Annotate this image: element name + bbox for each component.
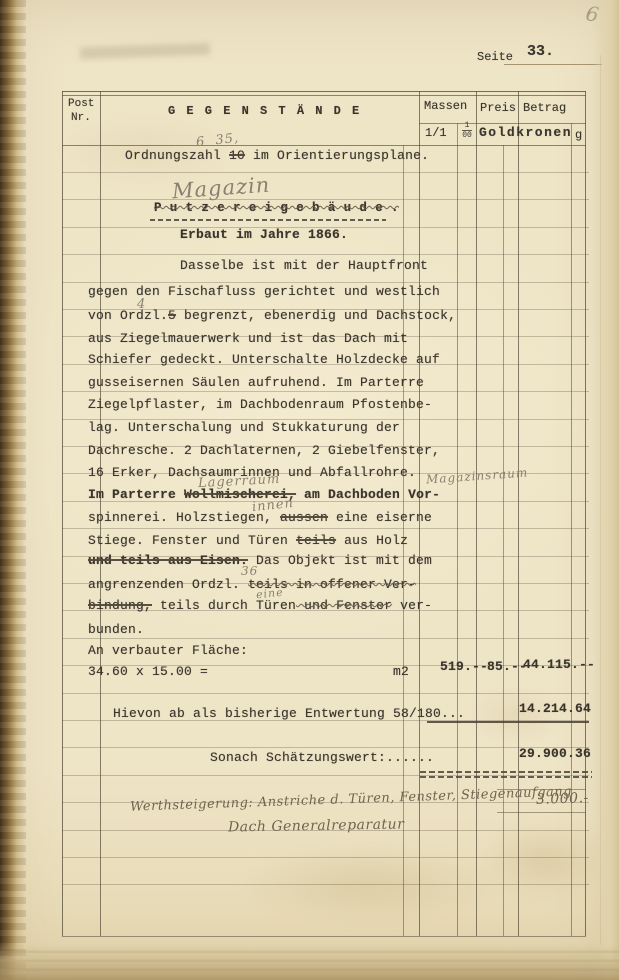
typed-segment: gusseisernen Säulen aufruhend. Im Parter… (88, 375, 424, 390)
typed-segment: spinnerei. Holzstiegen, (88, 510, 280, 525)
page-right-edge (593, 0, 619, 980)
typed-segment: ver- (392, 598, 432, 613)
typed-line: 34.60 x 15.00 = (88, 664, 208, 679)
scanned-ledger-page: 6 Seite 33. Post Nr. G E G E N S T Ä N D… (0, 0, 619, 980)
handwritten-annotation: 36 (241, 564, 258, 578)
header-massen: Massen (424, 99, 467, 113)
table-horizontal-line (62, 145, 586, 146)
typed-line: aus Ziegelmauerwerk und ist das Dach mit (88, 331, 408, 346)
table-horizontal-line (62, 199, 589, 200)
header-post-line1: Post (68, 98, 94, 110)
typed-segment: Dachresche. 2 Dachlaternen, 2 Giebelfens… (88, 443, 440, 458)
typed-segment: am Dachboden Vor- (296, 487, 440, 502)
typed-segment: teils durch (152, 598, 256, 613)
typed-segment: 85.-- (487, 659, 527, 674)
typed-segment: 29.900.36 (519, 746, 591, 761)
book-binding-edge (0, 0, 26, 980)
table-vertical-line (518, 91, 519, 936)
typed-line: Schiefer gedeckt. Unterschalte Holzdecke… (88, 352, 440, 367)
typed-line: Sonach Schätzungswert:...... (210, 750, 434, 765)
typed-segment: Das Objekt ist mit dem (248, 553, 432, 568)
typed-segment: 5 (168, 308, 176, 323)
typed-segment: 10 (229, 148, 245, 163)
table-vertical-line (476, 91, 477, 936)
typed-line: 29.900.36 (519, 746, 591, 761)
header-preis: Preis (480, 101, 516, 115)
typed-segment: eine eiserne (328, 510, 432, 525)
typed-segment: P u t z e r e i g e b ä u d e . (154, 201, 399, 215)
typed-line: 85.-- (487, 659, 527, 674)
table-horizontal-line (62, 282, 589, 283)
typed-segment: m2 (393, 664, 409, 679)
table-horizontal-line (62, 857, 589, 858)
typed-segment: lag. Unterschalung und Stukkaturung der (88, 420, 400, 435)
typed-segment: Ziegelpflaster, im Dachbodenraum Pfosten… (88, 397, 432, 412)
typed-segment: Sonach Schätzungswert:...... (210, 750, 434, 765)
header-currency-minor: g (575, 128, 582, 142)
typed-segment: und teils aus Eisen. (88, 553, 248, 568)
typed-line: 14.214.64 (519, 701, 591, 716)
header-post-line2: Nr. (71, 112, 91, 124)
typed-line: An verbauter Fläche: (88, 643, 248, 658)
typed-segment: 519.-- (440, 659, 488, 674)
typed-segment: Schiefer gedeckt. Unterschalte Holzdecke… (88, 352, 440, 367)
typed-segment: Erbaut im Jahre 1866. (180, 227, 348, 242)
table-horizontal-line (62, 884, 589, 885)
table-horizontal-line (62, 172, 589, 173)
handwritten-annotation: 4 (137, 297, 146, 312)
table-vertical-line (457, 123, 458, 936)
header-betrag: Betrag (523, 101, 566, 115)
typed-segment: von Ordzl. (88, 308, 168, 323)
typed-line: lag. Unterschalung und Stukkaturung der (88, 420, 400, 435)
fraction-numerator: 1 (465, 122, 470, 130)
typed-segment: Hievon ab als bisherige Entwertung 58/18… (113, 706, 465, 721)
header-currency: Goldkronen (479, 125, 572, 140)
table-vertical-line (571, 123, 572, 936)
typed-line: Ziegelpflaster, im Dachbodenraum Pfosten… (88, 397, 432, 412)
table-horizontal-line (62, 95, 586, 96)
typed-segment: An verbauter Fläche: (88, 643, 248, 658)
handwritten-annotation: Dach Generalreparatur (228, 816, 405, 835)
title-dashed-underline (150, 219, 386, 221)
typed-segment: Stiege. Fenster und Türen (88, 533, 296, 548)
typed-segment: Im Parterre (88, 487, 184, 502)
typed-segment: teils (296, 533, 336, 548)
page-bottom-edge (0, 944, 619, 980)
typed-line: 44.115.-- (523, 657, 595, 672)
typed-segment: im Orientierungsplane. (245, 148, 429, 163)
typed-segment: 14.214.64 (519, 701, 591, 716)
typed-segment: 34.60 x 15.00 = (88, 664, 208, 679)
table-vertical-line (585, 91, 586, 936)
table-vertical-line (503, 145, 504, 936)
table-horizontal-line (62, 391, 589, 392)
typed-segment: Dasselbe ist mit der Hauptfront (180, 258, 428, 273)
deduction-underline (427, 721, 589, 723)
typed-segment: bunden. (88, 622, 144, 637)
typed-line: und teils aus Eisen. Das Objekt ist mit … (88, 553, 432, 568)
typed-segment: begrenzt, ebenerdig und Dachstock, (176, 308, 456, 323)
handwritten-amount-rule (497, 789, 586, 790)
typed-segment: aus Holz (336, 533, 408, 548)
typed-segment: aussen (280, 510, 328, 525)
typed-segment: aus Ziegelmauerwerk und ist das Dach mit (88, 331, 408, 346)
typed-line: Dachresche. 2 Dachlaternen, 2 Giebelfens… (88, 443, 440, 458)
typed-segment: und Fenster (296, 598, 392, 613)
header-gegenstaende: G E G E N S T Ä N D E (168, 104, 361, 118)
typed-line: P u t z e r e i g e b ä u d e . (154, 201, 399, 216)
table-vertical-line (62, 91, 63, 936)
table-horizontal-line (62, 528, 589, 529)
fraction-denominator: 00 (462, 130, 472, 140)
typed-line: Dasselbe ist mit der Hauptfront (180, 258, 428, 273)
table-horizontal-line (62, 747, 589, 748)
typed-line: gusseisernen Säulen aufruhend. Im Parter… (88, 375, 424, 390)
typed-segment: 44.115.-- (523, 657, 595, 672)
typed-line: angrenzenden Ordzl. teils in offener Ver… (88, 577, 416, 592)
typed-segment: angrenzenden Ordzl. (88, 577, 248, 592)
handwritten-annotation: 3.000.- (536, 790, 589, 808)
table-horizontal-line (62, 638, 589, 639)
result-double-dash-line (420, 771, 592, 773)
table-horizontal-line (62, 91, 586, 92)
table-horizontal-line (62, 254, 589, 255)
typed-segment: bindung, (88, 598, 152, 613)
table-horizontal-line (62, 936, 586, 937)
typed-line: m2 (393, 664, 409, 679)
table-horizontal-line (419, 123, 586, 124)
typed-line: 519.-- (440, 659, 488, 674)
typed-line: Stiege. Fenster und Türen teils aus Holz (88, 533, 408, 548)
typed-line: Erbaut im Jahre 1866. (180, 227, 348, 242)
typed-line: Ordnungszahl 10 im Orientierungsplane. (125, 148, 429, 163)
header-massen-sub-fraction: 1 00 (459, 122, 475, 140)
handwritten-amount-rule (497, 812, 586, 813)
header-massen-sub-full: 1/1 (425, 126, 447, 140)
result-double-dash-line (420, 776, 592, 778)
table-horizontal-line (62, 693, 589, 694)
typed-line: Hievon ab als bisherige Entwertung 58/18… (113, 706, 465, 721)
typed-line: bunden. (88, 622, 144, 637)
typed-segment: Ordnungszahl (125, 148, 229, 163)
